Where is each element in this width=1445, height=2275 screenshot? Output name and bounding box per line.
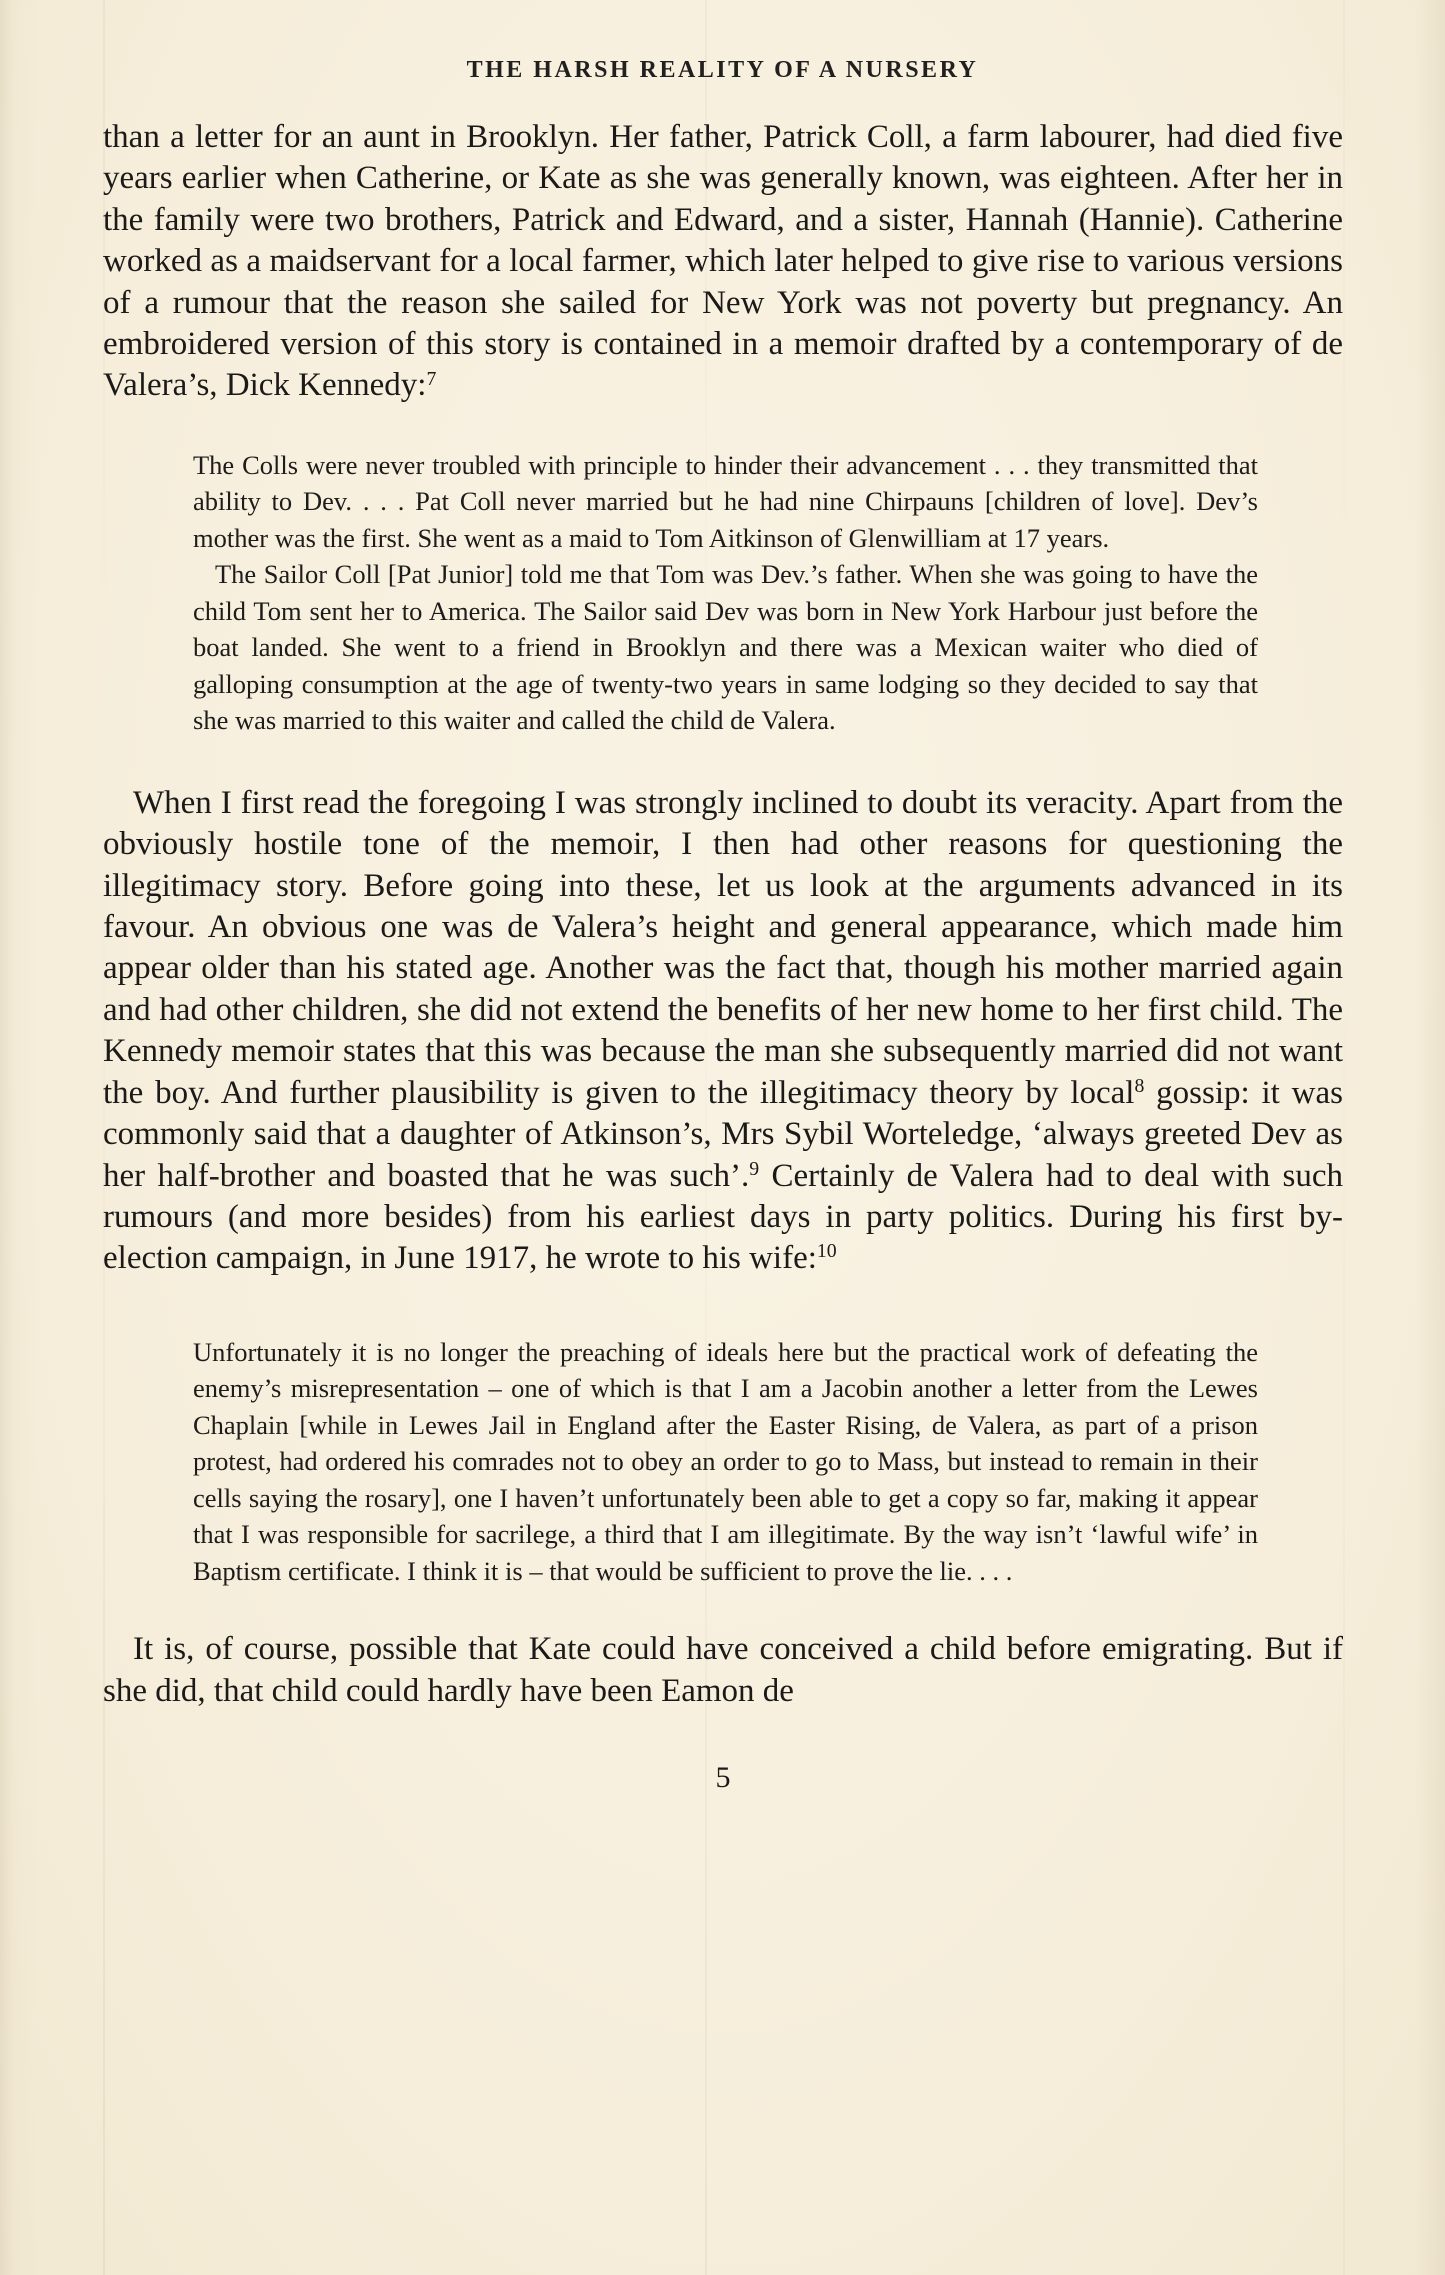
quote-paragraph: Unfortunately it is no longer the preach… — [193, 1334, 1258, 1590]
quote-paragraph: The Colls were never troubled with princ… — [193, 447, 1258, 557]
paragraph-text: than a letter for an aunt in Brooklyn. H… — [103, 119, 1343, 403]
paragraph-commentary: When I first read the foregoing I was st… — [103, 783, 1343, 1280]
footnote-reference-10: 10 — [817, 1240, 837, 1262]
block-quote-kennedy-memoir: The Colls were never troubled with princ… — [193, 447, 1258, 739]
footnote-reference-9: 9 — [749, 1158, 759, 1180]
scan-crease — [1343, 0, 1345, 2275]
paragraph-text: When I first read the foregoing I was st… — [103, 785, 1343, 1111]
footnote-reference-7: 7 — [426, 368, 436, 390]
text-column: than a letter for an aunt in Brooklyn. H… — [103, 117, 1343, 1712]
page-number: 5 — [103, 1761, 1343, 1795]
footnote-reference-8: 8 — [1134, 1075, 1144, 1097]
block-quote-letter-to-wife: Unfortunately it is no longer the preach… — [193, 1334, 1258, 1590]
quote-paragraph: The Sailor Coll [Pat Junior] told me tha… — [193, 556, 1258, 739]
running-header: THE HARSH REALITY OF A NURSERY — [0, 0, 1445, 84]
paragraph-closing: It is, of course, possible that Kate cou… — [103, 1629, 1343, 1712]
book-page-scan: THE HARSH REALITY OF A NURSERY than a le… — [0, 0, 1445, 2275]
paragraph-continuation: than a letter for an aunt in Brooklyn. H… — [103, 117, 1343, 407]
